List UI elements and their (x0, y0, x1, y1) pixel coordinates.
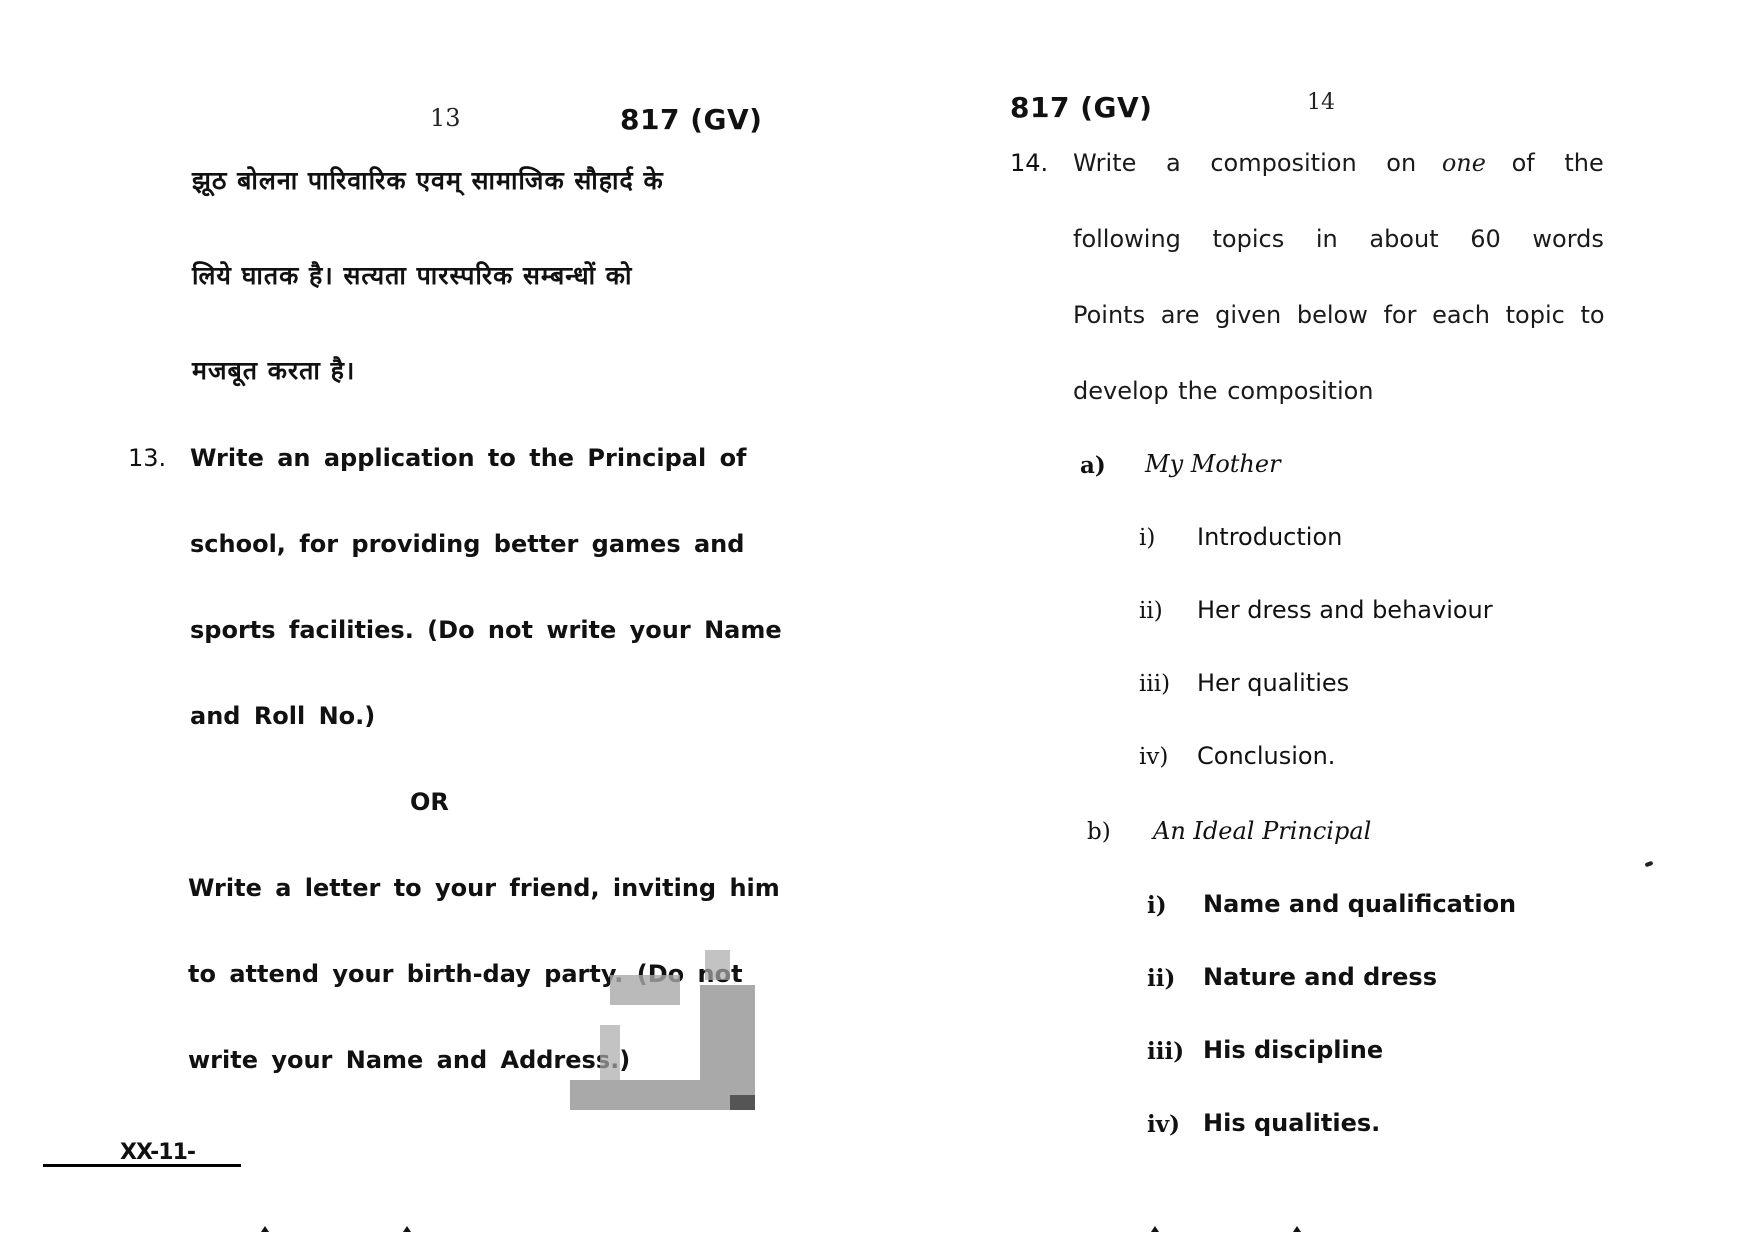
question-13-number: 13. (128, 444, 166, 472)
topic-a-point-4-label: iv) (1139, 744, 1168, 770)
topic-b-point-3: His discipline (1203, 1036, 1383, 1064)
topic-a-point-3: Her qualities (1197, 669, 1349, 697)
topic-b-point-2: Nature and dress (1203, 963, 1437, 991)
question-14-line-4: develop the composition (1073, 377, 1374, 405)
topic-b-label: b) (1087, 819, 1111, 845)
question-13-alt-line-1: Write a letter to your friend, inviting … (188, 874, 780, 902)
question-13-line-3: sports facilities. (Do not write your Na… (190, 616, 782, 644)
topic-b-point-4-label: iv) (1147, 1111, 1180, 1138)
topic-b-point-1: Name and qualification (1203, 890, 1516, 918)
footer-serial: XX-11- (120, 1140, 195, 1165)
page-number: 14 (1307, 90, 1335, 115)
hindi-line-3: मजबूत करता है। (192, 353, 355, 387)
crop-mark (403, 1226, 411, 1232)
topic-a-point-4: Conclusion. (1197, 742, 1335, 770)
crop-mark (1151, 1226, 1159, 1232)
topic-b-point-3-label: iii) (1147, 1038, 1184, 1065)
crop-mark (261, 1226, 269, 1232)
or-label: OR (410, 788, 449, 816)
topic-a-point-2: Her dress and behaviour (1197, 596, 1493, 624)
topic-a-point-3-label: iii) (1139, 671, 1170, 697)
topic-b-point-2-label: ii) (1147, 965, 1175, 992)
topic-a-point-1-label: i) (1139, 525, 1155, 551)
topic-a-point-2-label: ii) (1139, 598, 1163, 624)
question-14-line-2: following topics in about 60 words (1073, 225, 1604, 253)
topic-b-point-4: His qualities. (1203, 1109, 1380, 1137)
topic-a-point-1: Introduction (1197, 523, 1342, 551)
question-13-line-4: and Roll No.) (190, 702, 375, 730)
left-page: 13 817 (GV) झूठ बोलना पारिवारिक एवम् साम… (0, 0, 877, 1241)
page-number: 13 (430, 104, 461, 132)
footer-rule (43, 1164, 241, 1167)
crop-mark (1293, 1226, 1301, 1232)
question-13-line-2: school, for providing better games and (190, 530, 744, 558)
topic-b-title: An Ideal Principal (1153, 817, 1371, 845)
paper-code: 817 (GV) (620, 103, 762, 136)
question-14-line-3: Points are given below for each topic to (1073, 301, 1605, 329)
hindi-line-1: झूठ बोलना पारिवारिक एवम् सामाजिक सौहार्द… (192, 163, 664, 197)
paper-code: 817 (GV) (1010, 91, 1152, 124)
question-14-line-1: Write a composition on one of the (1073, 149, 1604, 177)
scan-speck (1645, 861, 1654, 867)
topic-a-label: a) (1080, 452, 1106, 479)
topic-b-point-1-label: i) (1147, 892, 1167, 919)
topic-a-title: My Mother (1145, 450, 1281, 478)
question-14-number: 14. (1010, 149, 1048, 177)
question-13-alt-line-3: write your Name and Address.) (188, 1046, 630, 1074)
question-13-line-1: Write an application to the Principal of (190, 444, 747, 472)
right-page: 817 (GV) 14 14. Write a composition on o… (877, 0, 1754, 1241)
hindi-line-2: लिये घातक है। सत्यता पारस्परिक सम्बन्धों… (192, 258, 632, 292)
